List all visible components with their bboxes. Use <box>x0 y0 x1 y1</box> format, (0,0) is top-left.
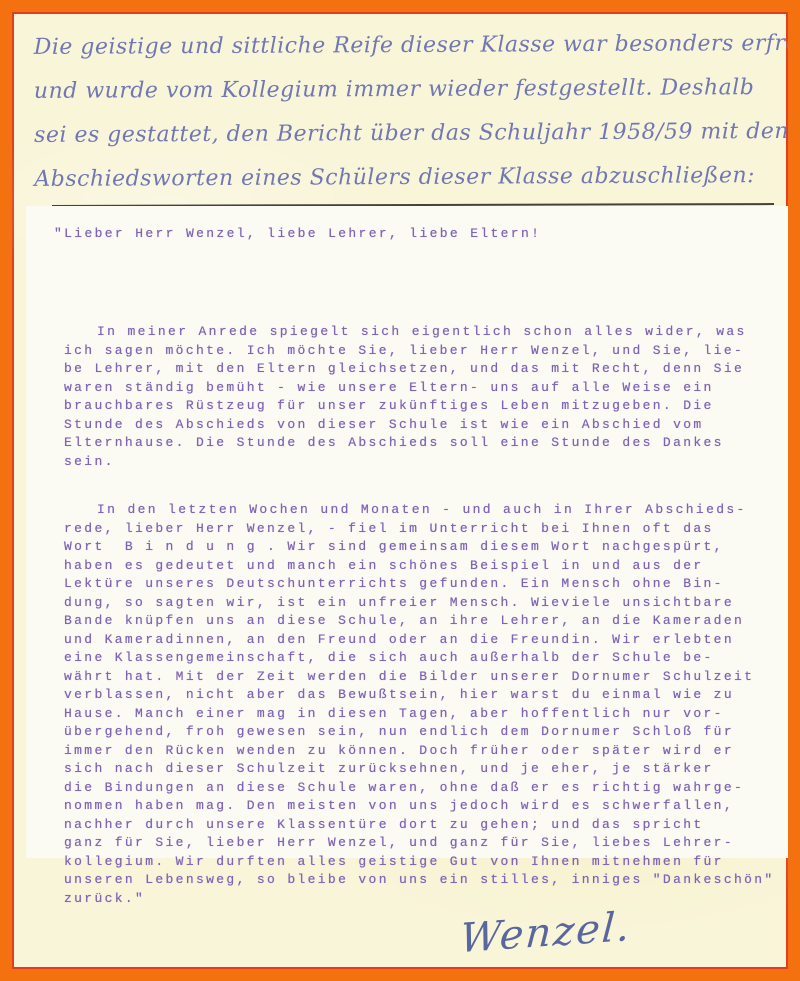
letter-salutation: "Lieber Herr Wenzel, liebe Lehrer, liebe… <box>54 225 541 243</box>
text-line: kollegium. Wir durften alles geistige Gu… <box>64 853 774 872</box>
text-line: eine Klassengemeinschaft, die sich auch … <box>64 649 774 668</box>
text-line: Stunde des Abschieds von dieser Schule i… <box>64 416 774 435</box>
text-line: übergehend, froh gewesen sein, nun endli… <box>64 723 774 742</box>
text-line: Die geistige und sittliche Reife dieser … <box>34 22 772 70</box>
text-line: waren ständig bemüht - wie unsere Eltern… <box>64 379 774 398</box>
letter-body: In meiner Anrede spiegelt sich eigentlic… <box>64 293 774 938</box>
text-line: Abschiedsworten eines Schülers dieser Kl… <box>34 154 772 202</box>
text-line: haben es gedeutet und manch ein schönes … <box>64 557 774 576</box>
text-line: nachher durch unsere Klassentüre dort zu… <box>64 816 774 835</box>
text-line: sei es gestattet, den Bericht über das S… <box>34 110 772 158</box>
text-line: ich sagen möchte. Ich möchte Sie, lieber… <box>64 342 774 361</box>
text-line: ganz für Sie, lieber Herr Wenzel, und ga… <box>64 834 774 853</box>
text-line: dung, so sagten wir, ist ein unfreier Me… <box>64 594 774 613</box>
text-line: In meiner Anrede spiegelt sich eigentlic… <box>64 323 774 342</box>
text-line: Wort B i n d u n g . Wir sind gemeinsam … <box>64 538 774 557</box>
text-line: und wurde vom Kollegium immer wieder fes… <box>34 66 772 114</box>
text-line: sich nach dieser Schulzeit zurücksehnen,… <box>64 760 774 779</box>
handwritten-intro-note: Die geistige und sittliche Reife dieser … <box>34 22 773 202</box>
text-line: Bande knüpfen uns an diese Schule, an ih… <box>64 612 774 631</box>
letter-paragraph-1: In meiner Anrede spiegelt sich eigentlic… <box>64 323 774 471</box>
text-line: brauchbares Rüstzeug für unser zukünftig… <box>64 397 774 416</box>
text-line: verblassen, nicht aber das Bewußtsein, h… <box>64 686 774 705</box>
text-line: sein. <box>64 453 774 472</box>
text-line: die Bindungen an diese Schule waren, ohn… <box>64 779 774 798</box>
text-line: unseren Lebensweg, so bleibe von uns ein… <box>64 871 774 890</box>
text-line: be Lehrer, mit den Eltern gleichsetzen, … <box>64 360 774 379</box>
text-line: Lektüre unseres Deutschunterrichts gefun… <box>64 575 774 594</box>
text-line: zurück." <box>64 890 774 909</box>
text-line: immer den Rücken wenden zu können. Doch … <box>64 742 774 761</box>
text-line: nommen haben mag. Den meisten von uns je… <box>64 797 774 816</box>
text-line: Elternhause. Die Stunde des Abschieds so… <box>64 434 774 453</box>
text-line: rede, lieber Herr Wenzel, - fiel im Unte… <box>64 520 774 539</box>
letter-paragraph-2: In den letzten Wochen und Monaten - und … <box>64 501 774 908</box>
text-line: währt hat. Mit der Zeit werden die Bilde… <box>64 668 774 687</box>
text-line: In den letzten Wochen und Monaten - und … <box>64 501 774 520</box>
text-line: Hause. Manch einer mag in diesen Tagen, … <box>64 705 774 724</box>
text-line: und Kameradinnen, an den Freund oder an … <box>64 631 774 650</box>
scanned-document-page: Die geistige und sittliche Reife dieser … <box>0 0 800 981</box>
